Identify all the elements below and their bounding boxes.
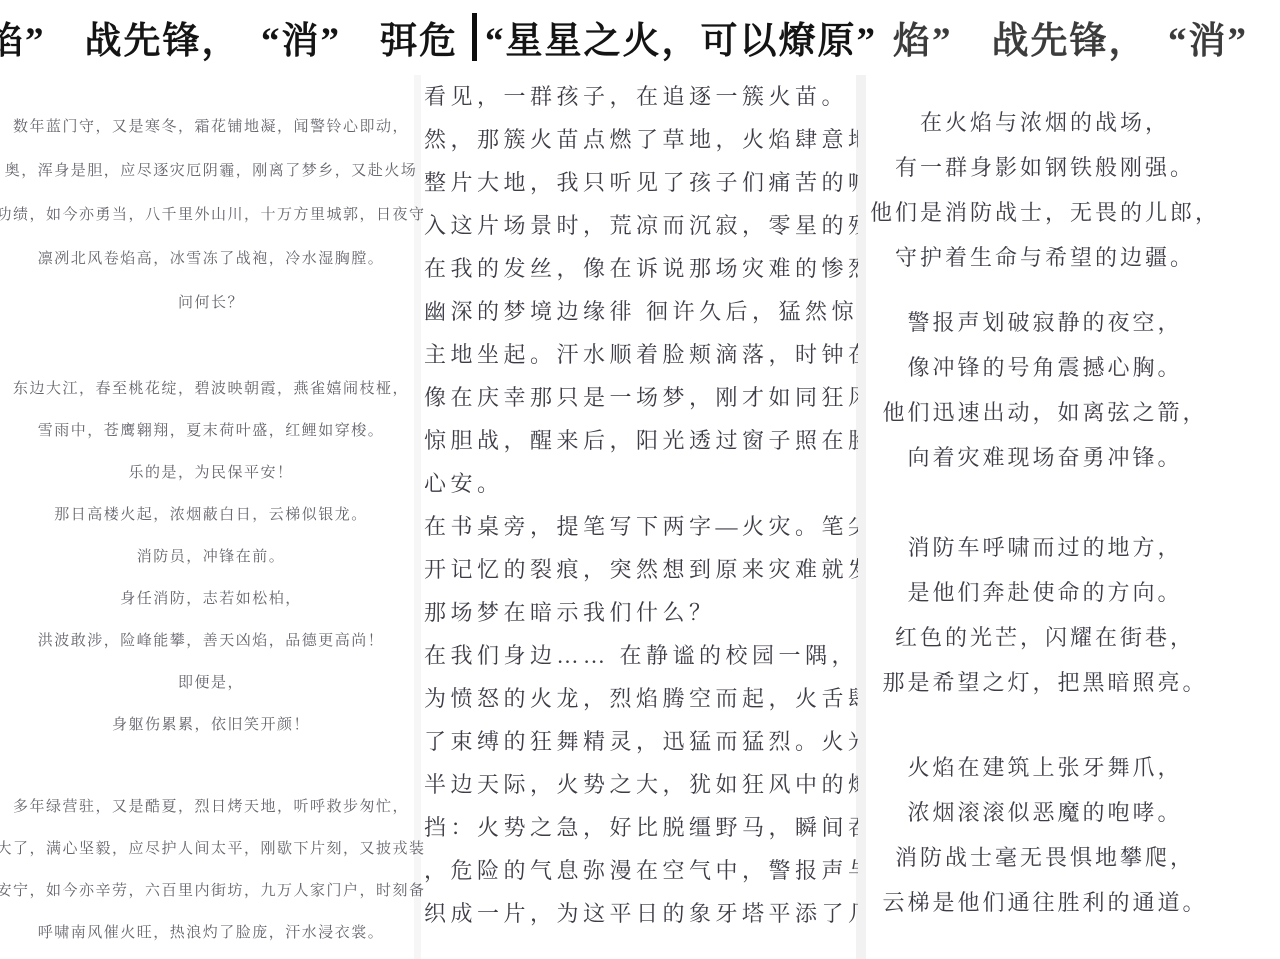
poem-line: 消防车呼啸而过的地方， <box>845 525 1245 570</box>
prose-line: 了束缚的狂舞精灵，迅猛而猛烈。火光 <box>424 720 858 763</box>
poem-line: 身躯伤累累，依旧笑开颜！ <box>0 704 440 746</box>
right-poem-stanza-1: 在火焰与浓烟的战场， 有一群身影如钢铁般刚强。 他们是消防战士，无畏的儿郎， 守… <box>845 100 1245 280</box>
poem-line: 雪雨中，苍鹰翱翔，夏末荷叶盛，红鲤如穿梭。 <box>0 410 440 452</box>
prose-line: 惊胆战，醒来后，阳光透过窗子照在脸 <box>424 419 858 462</box>
prose-line: 那场梦在暗示我们什么？ <box>424 591 858 634</box>
poem-line: 那是希望之灯，把黑暗照亮。 <box>845 660 1245 705</box>
poem-line: 在火焰与浓烟的战场， <box>845 100 1245 145</box>
middle-page-prose: 看见，一群孩子，在追逐一簇火苗。 然，那簇火苗点燃了草地，火焰肆意地 整片大地，… <box>424 75 858 955</box>
prose-line: 织成一片，为这平日的象牙塔平添了几 <box>424 892 858 935</box>
prose-line: 心安。 <box>424 462 858 505</box>
prose-line: 主地坐起。汗水顺着脸颊滴落，时钟在 <box>424 333 858 376</box>
poem-line: 东边大江，春至桃花绽，碧波映朝霞，燕雀嬉闹枝桠， <box>0 368 440 410</box>
left-poem-stanza-winter: 数年蓝门守，又是寒冬，霜花铺地凝，闻警铃心即动， 奥，浑身是胆，应尽逐灾厄阴霾，… <box>0 105 440 325</box>
poem-line: 多年绿营驻，又是酷夏，烈日烤天地，听呼救步匆忙， <box>0 786 440 828</box>
poem-line: 身任消防，志若如松柏， <box>0 578 440 620</box>
prose-line: 挡：火势之急，好比脱缰野马，瞬间吞 <box>424 806 858 849</box>
poem-line: 是他们奔赴使命的方向。 <box>845 570 1245 615</box>
right-poem-stanza-2: 警报声划破寂静的夜空， 像冲锋的号角震撼心胸。 他们迅速出动，如离弦之箭， 向着… <box>845 300 1245 480</box>
poem-line: 功绩，如今亦勇当，八千里外山川，十万方里城郭，日夜守 <box>0 193 440 237</box>
poem-line: 他们迅速出动，如离弦之箭， <box>845 390 1245 435</box>
poem-line: 呼啸南风催火旺，热浪灼了脸庞，汗水浸衣裳。 <box>0 912 440 954</box>
right-poem-stanza-3: 消防车呼啸而过的地方， 是他们奔赴使命的方向。 红色的光芒，闪耀在街巷， 那是希… <box>845 525 1245 705</box>
poem-line: 问何长？ <box>0 281 440 325</box>
prose-line: 开记忆的裂痕，突然想到原来灾难就发 <box>424 548 858 591</box>
poem-line: 浓烟滚滚似恶魔的咆哮。 <box>845 790 1245 835</box>
prose-line: 在我们身边…… 在静谧的校园一隅，变 <box>424 634 858 677</box>
poem-line: 乐的是，为民保平安！ <box>0 452 440 494</box>
left-poem-stanza-summer: 多年绿营驻，又是酷夏，烈日烤天地，听呼救步匆忙， 大了，满心坚毅，应尽护人间太平… <box>0 786 440 954</box>
poem-line: 奥，浑身是胆，应尽逐灾厄阴霾，刚离了梦乡，又赴火场 <box>0 149 440 193</box>
poem-line: 那日高楼火起，浓烟蔽白日，云梯似银龙。 <box>0 494 440 536</box>
prose-line: 半边天际，火势之大，犹如狂风中的燎 <box>424 763 858 806</box>
poem-line: 凛冽北风卷焰高，冰雪冻了战袍，冷水湿胸膛。 <box>0 237 440 281</box>
right-poem-stanza-4: 火焰在建筑上张牙舞爪， 浓烟滚滚似恶魔的咆哮。 消防战士毫无畏惧地攀爬， 云梯是… <box>845 745 1245 925</box>
poem-line: 向着灾难现场奋勇冲锋。 <box>845 435 1245 480</box>
prose-line: 在书桌旁，提笔写下两字—火灾。笔尖 <box>424 505 858 548</box>
prose-line: 入这片场景时，荒凉而沉寂，零星的残 <box>424 204 858 247</box>
prose-line: 看见，一群孩子，在追逐一簇火苗。 <box>424 75 858 118</box>
poem-line: 守护着生命与希望的边疆。 <box>845 235 1245 280</box>
prose-line: 为愤怒的火龙，烈焰腾空而起，火舌肆 <box>424 677 858 720</box>
poem-line: 火焰在建筑上张牙舞爪， <box>845 745 1245 790</box>
header-title-center: “星星之火，可以燎原” <box>485 21 877 62</box>
poem-line: 警报声划破寂静的夜空， <box>845 300 1245 345</box>
poem-line: 消防员，冲锋在前。 <box>0 536 440 578</box>
prose-line: 像在庆幸那只是一场梦，刚才如同狂风 <box>424 376 858 419</box>
poem-line: 像冲锋的号角震撼心胸。 <box>845 345 1245 390</box>
prose-line: 在我的发丝，像在诉说那场灾难的惨烈 <box>424 247 858 290</box>
poem-line: 消防战士毫无畏惧地攀爬， <box>845 835 1245 880</box>
header-title-left: 焰” 战先锋， “消” 弭危 <box>0 21 458 62</box>
poem-line: 洪波敢涉，险峰能攀，善天凶焰，品德更高尚！ <box>0 620 440 662</box>
header-divider-bar <box>472 13 477 61</box>
poem-line: 他们是消防战士，无畏的儿郎， <box>845 190 1245 235</box>
document-header: 焰” 战先锋， “消” 弭危“星星之火，可以燎原”焰” 战先锋， “消” 弭危 <box>0 10 1280 64</box>
poem-line: 有一群身影如钢铁般刚强。 <box>845 145 1245 190</box>
left-poem-stanza-spring: 东边大江，春至桃花绽，碧波映朝霞，燕雀嬉闹枝桠， 雪雨中，苍鹰翱翔，夏末荷叶盛，… <box>0 368 440 746</box>
prose-line: 然，那簇火苗点燃了草地，火焰肆意地 <box>424 118 858 161</box>
poem-line: 红色的光芒，闪耀在街巷， <box>845 615 1245 660</box>
poem-line: 云梯是他们通往胜利的通道。 <box>845 880 1245 925</box>
poem-line: 即便是， <box>0 662 440 704</box>
prose-line: 幽深的梦境边缘徘 徊许久后，猛然惊醒 <box>424 290 858 333</box>
poem-line: 安宁，如今亦辛劳，六百里内街坊，九万人家门户，时刻备 <box>0 870 440 912</box>
poem-line: 数年蓝门守，又是寒冬，霜花铺地凝，闻警铃心即动， <box>0 105 440 149</box>
header-title-right: 焰” 战先锋， “消” 弭危 <box>893 21 1280 62</box>
prose-line: ，危险的气息弥漫在空气中，警报声与 <box>424 849 858 892</box>
poem-line: 大了，满心坚毅，应尽护人间太平，刚歇下片刻，又披戎装 <box>0 828 440 870</box>
prose-line: 整片大地，我只听见了孩子们痛苦的喊 <box>424 161 858 204</box>
